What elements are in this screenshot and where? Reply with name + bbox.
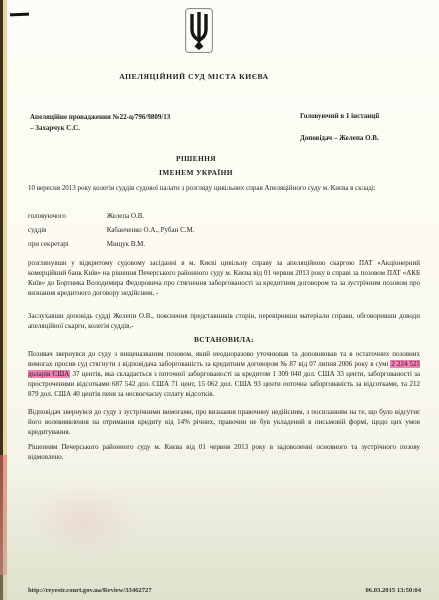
established-heading: ВСТАНОВИЛА: [28,335,420,344]
print-datetime: 06.03.2015 13:50:04 [366,587,422,594]
panel-name: Мищук В.М. [107,240,145,248]
appeal-proceeding-number: Апеляційне провадження №22-ц/796/9809/13… [30,112,260,134]
paragraph-hearing: розглянувши у відкритому судовому засіда… [28,258,420,298]
panel-row-judges: суддів Кабанченко О.А., Рубан С.М. [28,226,420,234]
scan-dash-artifact [10,13,29,17]
paragraph-first-instance-decision: Рішенням Печерського районного суду м. К… [28,442,420,462]
panel-role: суддів [28,226,105,234]
ukraine-trident-emblem-icon [185,8,213,53]
registry-url: http://reyestr.court.gov.ua/Review/33462… [28,587,152,594]
appeal-proceeding-line1: Апеляційне провадження №22-ц/796/9809/13 [30,112,260,123]
presiding-first-instance-label: Головуючий в 1 інстанції [300,112,430,120]
panel-row-secretary: при секретарі Мищук В.М. [28,240,420,248]
scanned-court-decision-page: АПЕЛЯЦІЙНИЙ СУД МІСТА КИЄВА Апеляційне п… [0,0,439,600]
appeal-proceeding-line2: – Захарчук С.С. [30,123,260,134]
panel-role: при секретарі [28,240,105,248]
paragraph-counterclaim: Відповідач звернувся до суду з зустрічни… [28,407,420,437]
panel-name: Желепа О.В. [107,212,144,220]
claim-text-after: 37 центів, яка складається з поточної за… [28,370,420,398]
panel-row-presiding: головуючого Желепа О.В. [28,212,420,220]
court-title: АПЕЛЯЦІЙНИЙ СУД МІСТА КИЄВА [33,72,355,81]
paragraph-heard: Заслухавши доповідь судді Желепи О.В., п… [28,311,420,331]
paragraph-claim: Позивач звернувся до суду з вищеназваним… [28,349,420,399]
decision-subtitle: ІМЕНЕМ УКРАЇНИ [33,168,359,177]
claim-text-before: Позивач звернувся до суду з вищеназваним… [28,350,420,368]
paragraph-intro: 10 вересня 2013 року колегія суддів судо… [28,183,420,193]
decision-title: РІШЕННЯ [33,154,359,163]
rapporteur-label: Доповідач – Желепа О.В. [300,134,430,142]
panel-name: Кабанченко О.А., Рубан С.М. [107,226,195,234]
panel-role: головуючого [28,212,105,220]
scan-pink-tint [10,470,160,570]
